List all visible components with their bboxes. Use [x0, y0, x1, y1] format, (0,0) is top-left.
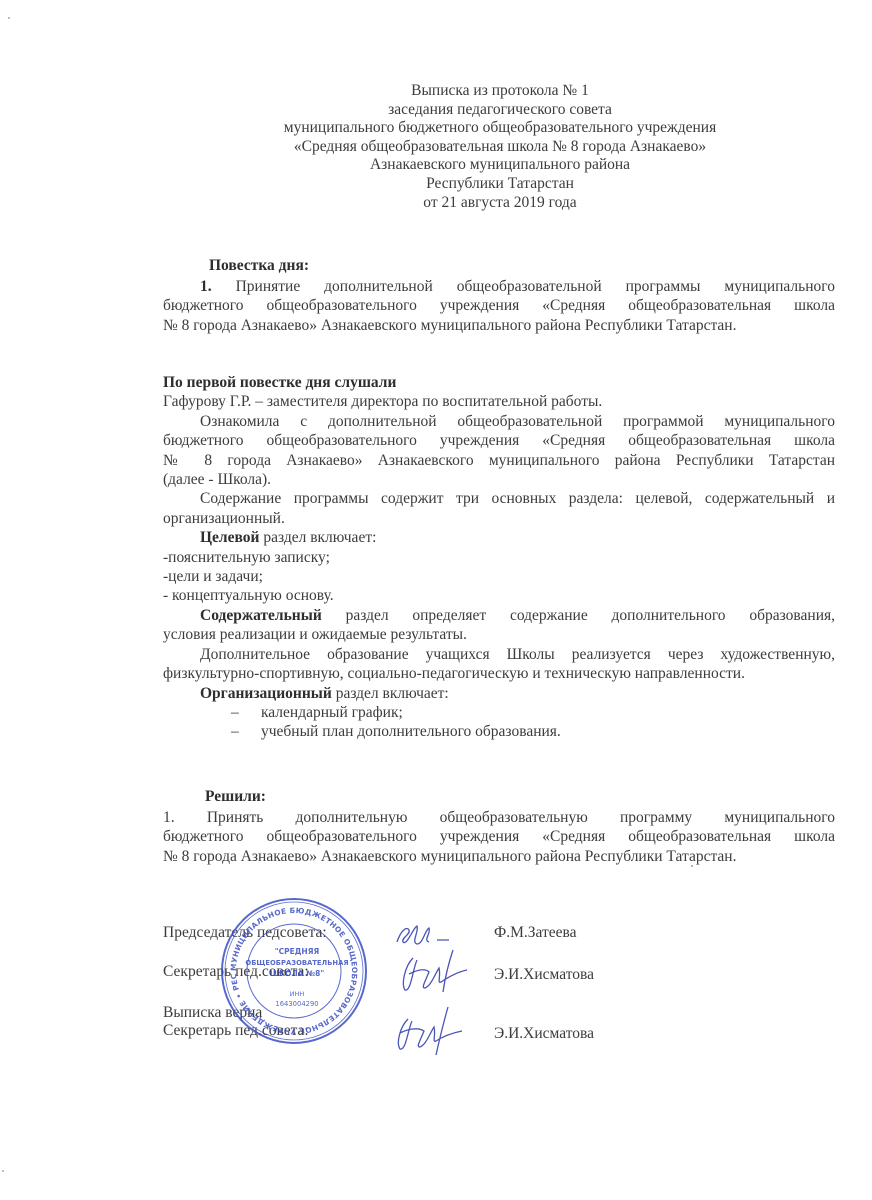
- secretary-name-2: Э.И.Хисматова: [494, 1025, 594, 1043]
- target-section-heading: Целевой раздел включает:: [163, 528, 835, 547]
- document-page: Выписка из протокола № 1 заседания педаг…: [0, 0, 872, 1200]
- organizational-item-2: – учебный план дополнительного образован…: [163, 722, 835, 741]
- agenda-item-line-1: Принятие дополнительной общеобразователь…: [236, 278, 835, 295]
- additional-line-1: Дополнительное образование учащихся Школ…: [163, 645, 835, 664]
- organizational-item-1: – календарный график;: [163, 703, 835, 722]
- header-line-school: «Средняя общеобразовательная школа № 8 г…: [200, 138, 800, 157]
- decision-line-2: бюджетного общеобразовательного учрежден…: [163, 827, 835, 846]
- heard-intro-line-1: Ознакомила с дополнительной общеобразова…: [163, 412, 835, 431]
- svg-text:1643004290: 1643004290: [275, 1000, 318, 1008]
- organizational-item-1-text: календарный график;: [261, 704, 403, 721]
- secretary-signature-2-icon: [390, 1003, 470, 1058]
- target-item-1: -пояснительную записку;: [163, 548, 835, 567]
- target-item-3: - концептуальную основу.: [163, 586, 835, 605]
- svg-text:ШКОЛА №8": ШКОЛА №8": [270, 969, 325, 978]
- scan-speck: [2, 1170, 4, 1172]
- heard-intro-line-2: бюджетного общеобразовательного учрежден…: [163, 431, 835, 450]
- secretary-name: Э.И.Хисматова: [494, 966, 594, 984]
- heard-intro-line-3: № 8 города Азнакаево» Азнакаевского муни…: [163, 451, 835, 470]
- target-bold: Целевой: [200, 529, 259, 546]
- decision-section: 1. Принять дополнительную общеобразовате…: [163, 808, 835, 866]
- agenda-title: Повестка дня:: [209, 257, 309, 275]
- agenda-item-line-2: бюджетного общеобразовательного учрежден…: [163, 296, 835, 315]
- target-rest: раздел включает:: [259, 529, 376, 546]
- header-line-district: Азнакаевского муниципального района: [200, 156, 800, 175]
- heard-section: По первой повестке дня слушали Гафурову …: [163, 373, 835, 742]
- substantive-line-2: условия реализации и ожидаемые результат…: [163, 625, 835, 644]
- substantive-line-1: Содержательный раздел определяет содержа…: [163, 606, 835, 625]
- secretary-signature-icon: [395, 948, 475, 998]
- agenda-item: 1. Принятие дополнительной общеобразоват…: [163, 277, 835, 335]
- header-line-title: Выписка из протокола № 1: [200, 82, 800, 101]
- document-header: Выписка из протокола № 1 заседания педаг…: [200, 82, 800, 212]
- stamp-seal-icon: МУНИЦИПАЛЬНОЕ БЮДЖЕТНОЕ ОБЩЕОБРАЗОВАТЕЛЬ…: [219, 896, 369, 1046]
- content-line-1: Содержание программы содержит три основн…: [163, 489, 835, 508]
- scan-speck: [8, 17, 10, 19]
- chair-name: Ф.М.Затеева: [494, 924, 577, 942]
- dash-bullet: –: [231, 703, 239, 722]
- decision-line-3: № 8 города Азнакаево» Азнакаевского муни…: [163, 847, 835, 866]
- organizational-item-2-text: учебный план дополнительного образования…: [261, 723, 561, 740]
- substantive-rest: раздел определяет содержание дополнитель…: [322, 607, 835, 624]
- additional-line-2: физкультурно-спортивную, социально-педаг…: [163, 664, 835, 683]
- organizational-rest: раздел включает:: [332, 685, 449, 702]
- svg-text:ОБЩЕОБРАЗОВАТЕЛЬНАЯ: ОБЩЕОБРАЗОВАТЕЛЬНАЯ: [245, 959, 348, 967]
- heard-title: По первой повестке дня слушали: [163, 373, 835, 392]
- target-item-2: -цели и задачи;: [163, 567, 835, 586]
- organizational-heading: Организационный раздел включает:: [163, 684, 835, 703]
- dash-bullet: –: [231, 722, 239, 741]
- substantive-bold: Содержательный: [200, 607, 322, 624]
- agenda-item-line-3: № 8 города Азнакаево» Азнакаевского муни…: [163, 316, 835, 335]
- organizational-bold: Организационный: [200, 685, 332, 702]
- header-line-council: заседания педагогического совета: [200, 101, 800, 120]
- header-line-date: от 21 августа 2019 года: [200, 194, 800, 213]
- heard-intro-line-4: (далее - Школа).: [163, 470, 835, 489]
- decision-title: Решили:: [205, 788, 266, 806]
- svg-text:ИНН: ИНН: [290, 990, 305, 998]
- decision-line-1: 1. Принять дополнительную общеобразовате…: [163, 808, 835, 827]
- header-line-institution: муниципального бюджетного общеобразовате…: [200, 119, 800, 138]
- heard-speaker: Гафурову Г.Р. – заместителя директора по…: [163, 392, 835, 411]
- svg-text:"СРЕДНЯЯ: "СРЕДНЯЯ: [275, 947, 320, 956]
- header-line-republic: Республики Татарстан: [200, 175, 800, 194]
- agenda-item-number: 1.: [200, 278, 212, 295]
- scan-speck: [691, 865, 693, 867]
- official-stamp: МУНИЦИПАЛЬНОЕ БЮДЖЕТНОЕ ОБЩЕОБРАЗОВАТЕЛЬ…: [219, 896, 369, 1046]
- chair-signature-icon: [393, 920, 463, 950]
- content-line-2: организационный.: [163, 509, 835, 528]
